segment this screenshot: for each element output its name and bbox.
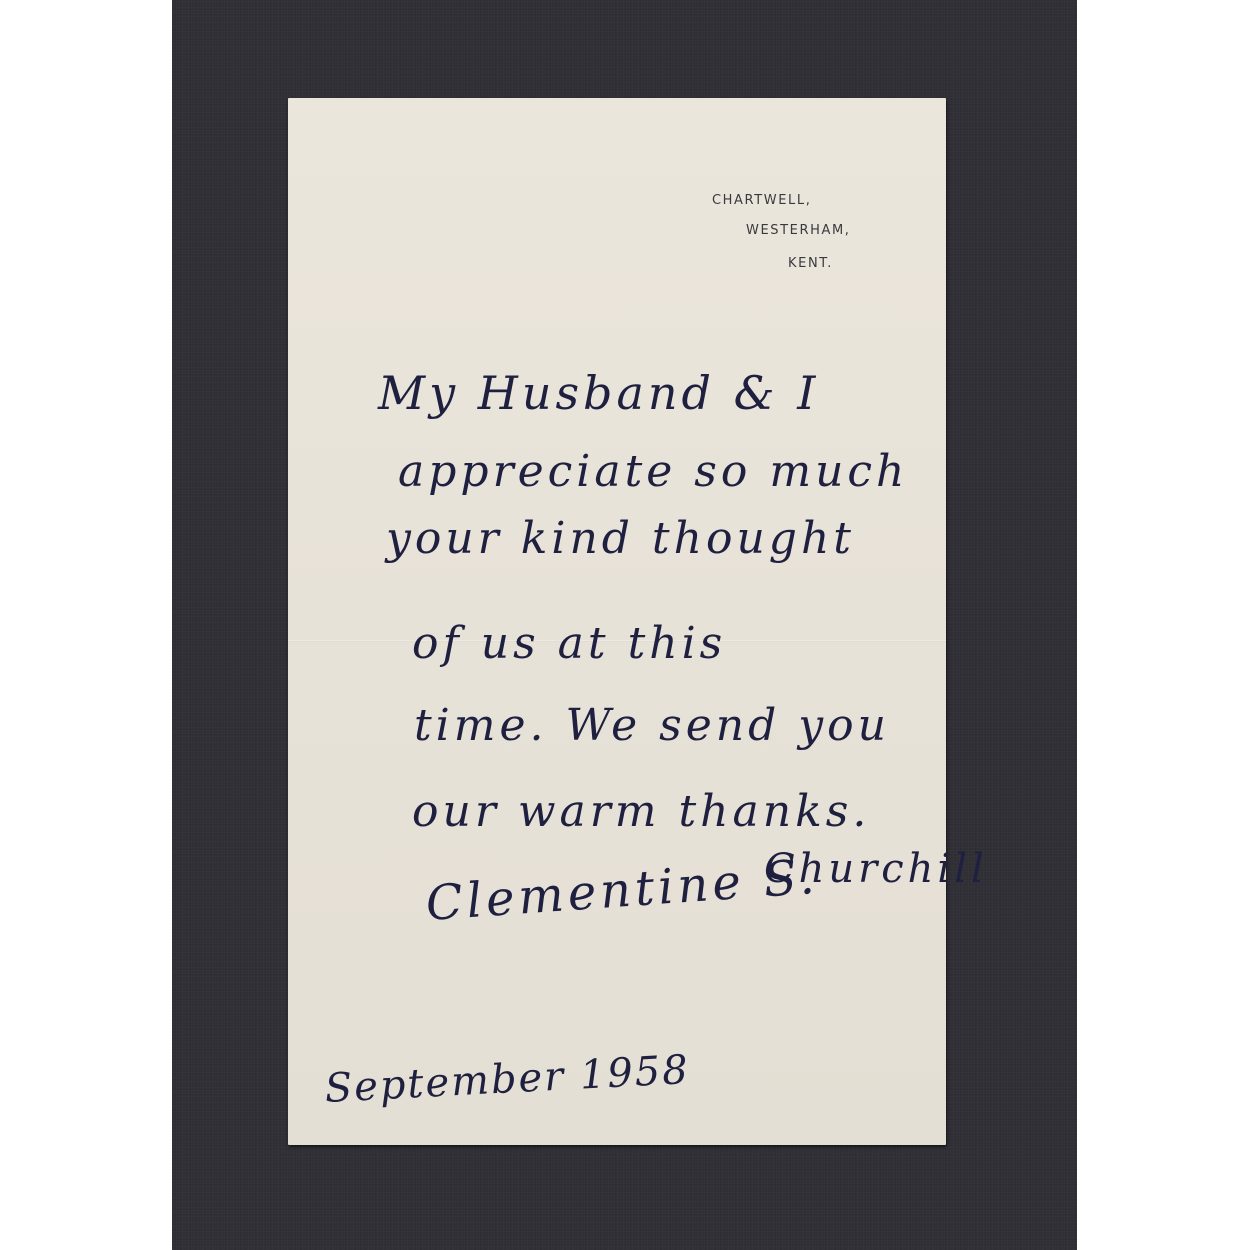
letterhead-line-3: KENT. (788, 256, 833, 271)
signature-first-name: Clementine S. (424, 849, 820, 932)
photo-stage: CHARTWELL, WESTERHAM, KENT. My Husband &… (0, 0, 1250, 1250)
letter-line-5: time. We send you (414, 700, 890, 751)
letter-line-2: appreciate so much (398, 446, 908, 497)
letter-line-3: your kind thought (386, 513, 855, 564)
signature-surname: Churchill (764, 846, 988, 892)
letterhead-line-1: CHARTWELL, (712, 193, 811, 208)
letter-line-6: our warm thanks. (412, 786, 870, 837)
letter-paper: CHARTWELL, WESTERHAM, KENT. My Husband &… (288, 98, 946, 1145)
letter-date: September 1958 (324, 1047, 691, 1112)
letter-line-1: My Husband & I (378, 366, 819, 420)
letterhead-line-2: WESTERHAM, (746, 223, 851, 238)
letter-line-4: of us at this (412, 618, 726, 669)
